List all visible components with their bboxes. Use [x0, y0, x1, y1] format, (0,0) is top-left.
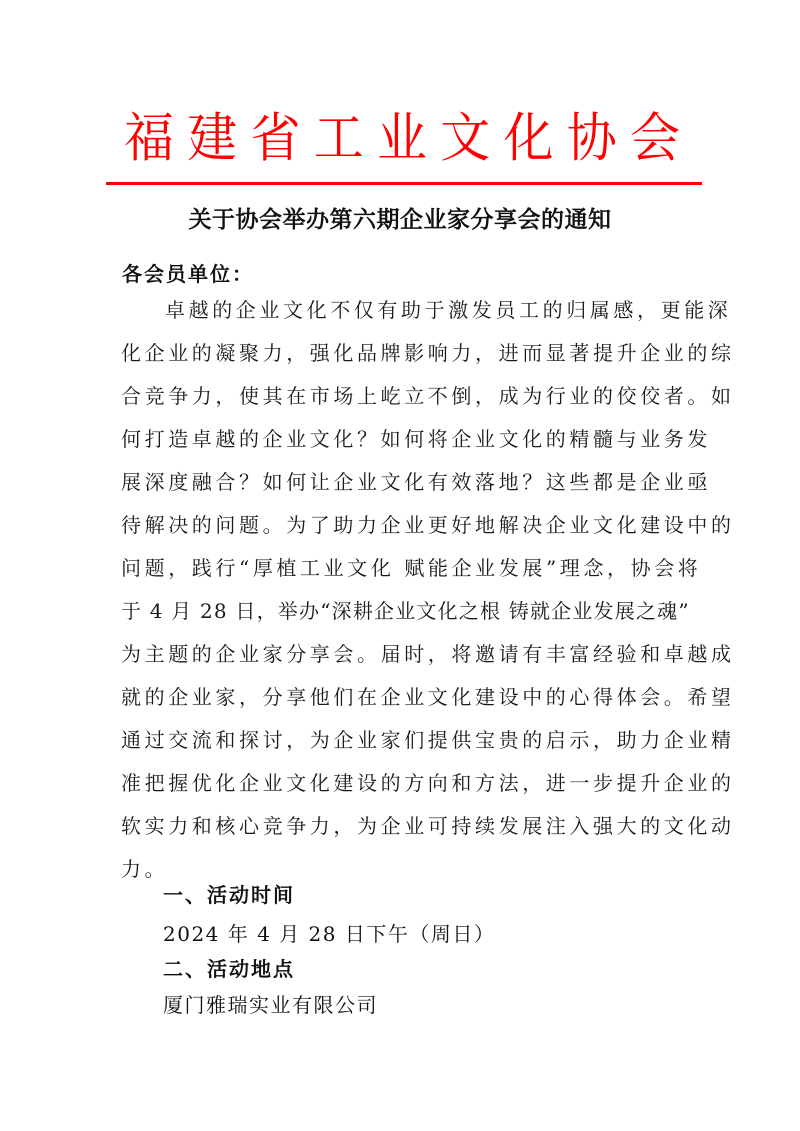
masthead-char: 建: [187, 106, 237, 170]
masthead-char: 化: [504, 106, 554, 170]
section-value-time: 2024 年 4 月 28 日下午（周日）: [163, 919, 495, 949]
masthead-char: 业: [377, 106, 427, 170]
body-line: 就的企业家，分享他们在企业文化建设中的心得体会。希望: [121, 676, 681, 719]
masthead-char: 文: [440, 106, 490, 170]
masthead-char: 会: [630, 106, 680, 170]
section-heading-time: 一、活动时间: [163, 880, 295, 910]
masthead-char: 福: [124, 106, 174, 170]
masthead-char: 协: [567, 106, 617, 170]
body-line: 于 4 月 28 日，举办“深耕企业文化之根 铸就企业发展之魂”: [121, 590, 681, 633]
masthead-char: 省: [251, 106, 301, 170]
notice-title: 关于协会举办第六期企业家分享会的通知: [0, 204, 800, 236]
body-line: 待解决的问题。为了助力企业更好地解决企业文化建设中的: [121, 504, 681, 547]
body-line: 软实力和核心竞争力，为企业可持续发展注入强大的文化动: [121, 805, 681, 848]
body-line: 问题，践行“厚植工业文化 赋能企业发展”理念，协会将: [121, 547, 681, 590]
section-heading-location: 二、活动地点: [163, 954, 295, 984]
salutation: 各会员单位：: [122, 259, 254, 289]
body-line: 展深度融合？如何让企业文化有效落地？这些都是企业亟: [121, 461, 681, 504]
body-line: 为主题的企业家分享会。届时，将邀请有丰富经验和卓越成: [121, 633, 681, 676]
section-value-location: 厦门雅瑞实业有限公司: [163, 990, 378, 1020]
body-line: 卓越的企业文化不仅有助于激发员工的归属感，更能深: [121, 289, 681, 332]
masthead-divider: [106, 182, 702, 185]
masthead-char: 工: [314, 106, 364, 170]
notice-body: 卓越的企业文化不仅有助于激发员工的归属感，更能深 化企业的凝聚力，强化品牌影响力…: [121, 289, 681, 891]
body-line: 何打造卓越的企业文化？如何将企业文化的精髓与业务发: [121, 418, 681, 461]
body-line: 准把握优化企业文化建设的方向和方法，进一步提升企业的: [121, 762, 681, 805]
body-line: 化企业的凝聚力，强化品牌影响力，进而显著提升企业的综: [121, 332, 681, 375]
masthead-org-name: 福 建 省 工 业 文 化 协 会: [106, 108, 702, 168]
body-line: 通过交流和探讨，为企业家们提供宝贵的启示，助力企业精: [121, 719, 681, 762]
body-line: 合竞争力，使其在市场上屹立不倒，成为行业的佼佼者。如: [121, 375, 681, 418]
document-page: 福 建 省 工 业 文 化 协 会 关于协会举办第六期企业家分享会的通知 各会员…: [0, 0, 800, 1131]
